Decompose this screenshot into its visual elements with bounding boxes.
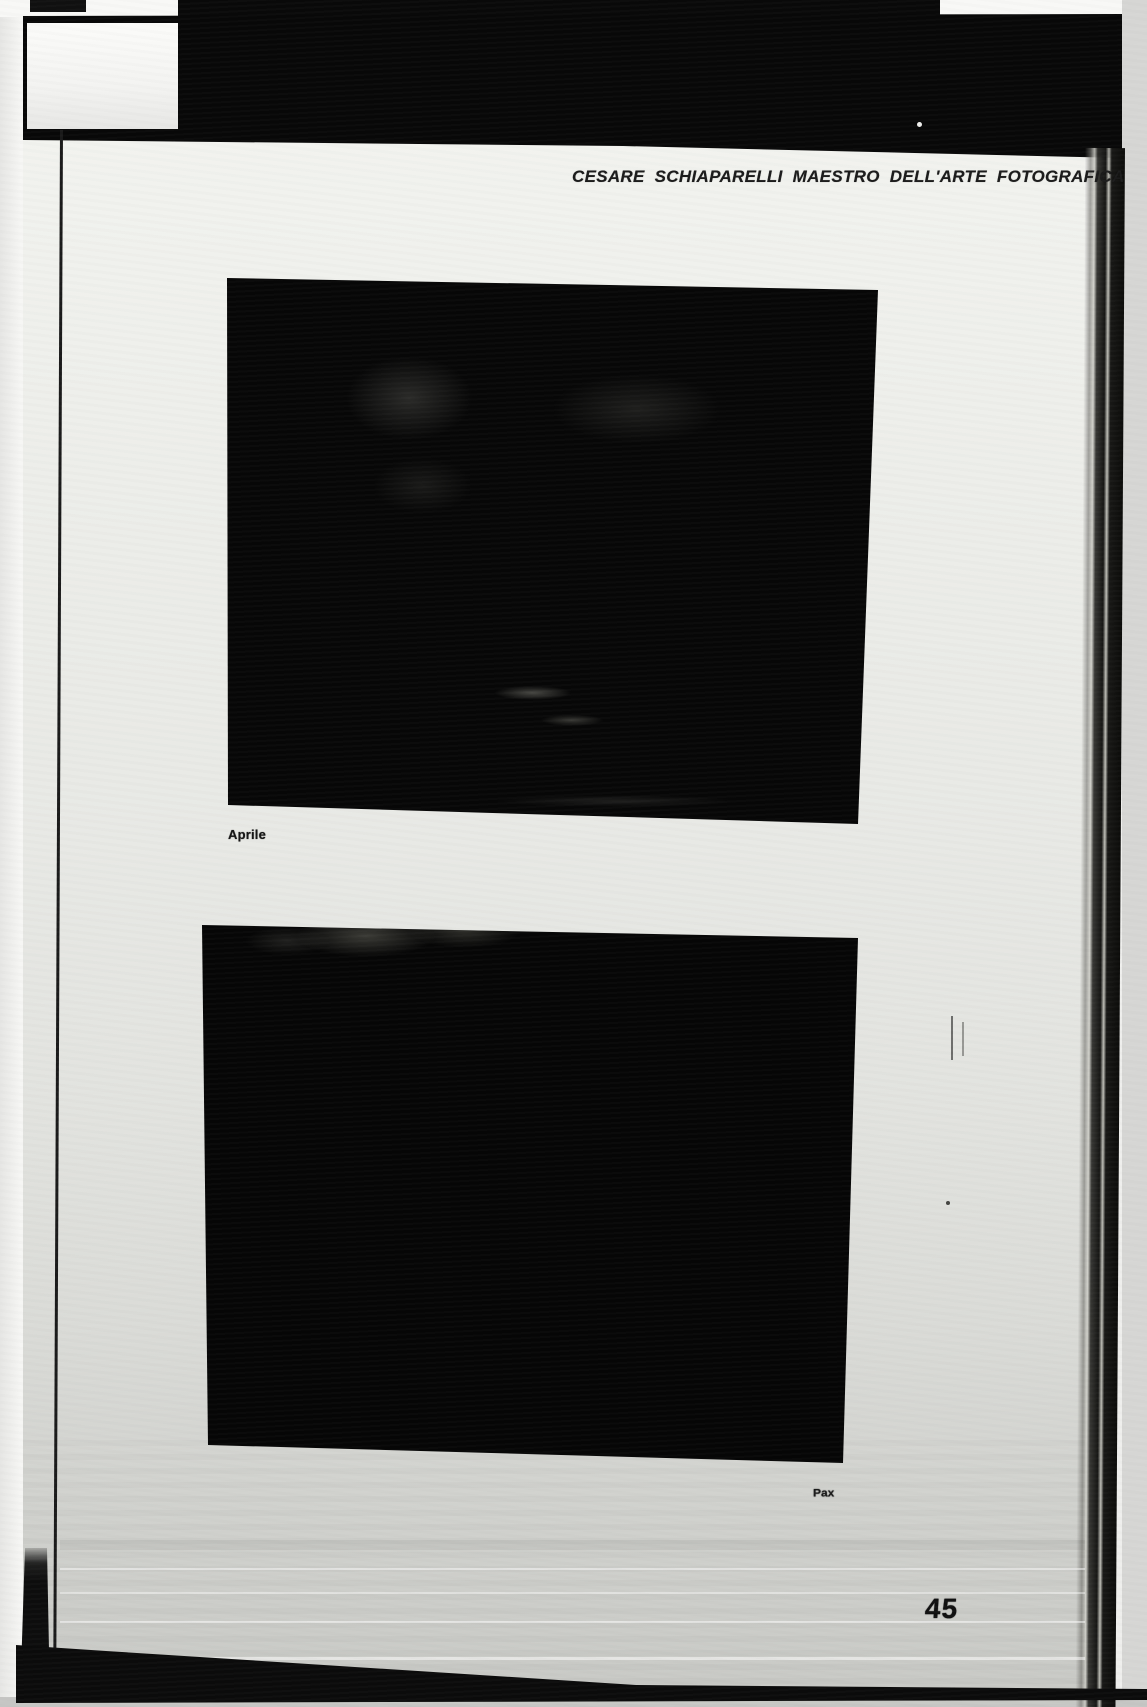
page-number: 45 xyxy=(924,1593,959,1625)
scan-right-margin xyxy=(1122,0,1147,1707)
page-header-title: CESARE SCHIAPARELLI MAESTRO DELL'ARTE FO… xyxy=(572,166,1058,188)
photo-caption-aprile: Aprile xyxy=(228,827,266,842)
top-left-black-chip xyxy=(30,0,86,12)
book-page-edges xyxy=(1075,148,1125,1707)
scan-streak-line xyxy=(60,1568,1085,1570)
top-dark-band xyxy=(23,14,1122,160)
scan-speck xyxy=(917,122,922,127)
scan-speck xyxy=(946,1201,950,1205)
scanned-book-page: CESARE SCHIAPARELLI MAESTRO DELL'ARTE FO… xyxy=(0,0,1147,1707)
scan-tick-mark xyxy=(962,1022,964,1056)
scan-tick-mark xyxy=(951,1016,953,1060)
scan-shadow-band xyxy=(60,1540,1085,1550)
photo-pax xyxy=(202,925,858,1463)
scan-smudge xyxy=(455,793,775,809)
photo-caption-pax: Pax xyxy=(813,1487,834,1500)
photo-aprile xyxy=(227,278,878,824)
top-left-white-tab xyxy=(27,23,178,129)
